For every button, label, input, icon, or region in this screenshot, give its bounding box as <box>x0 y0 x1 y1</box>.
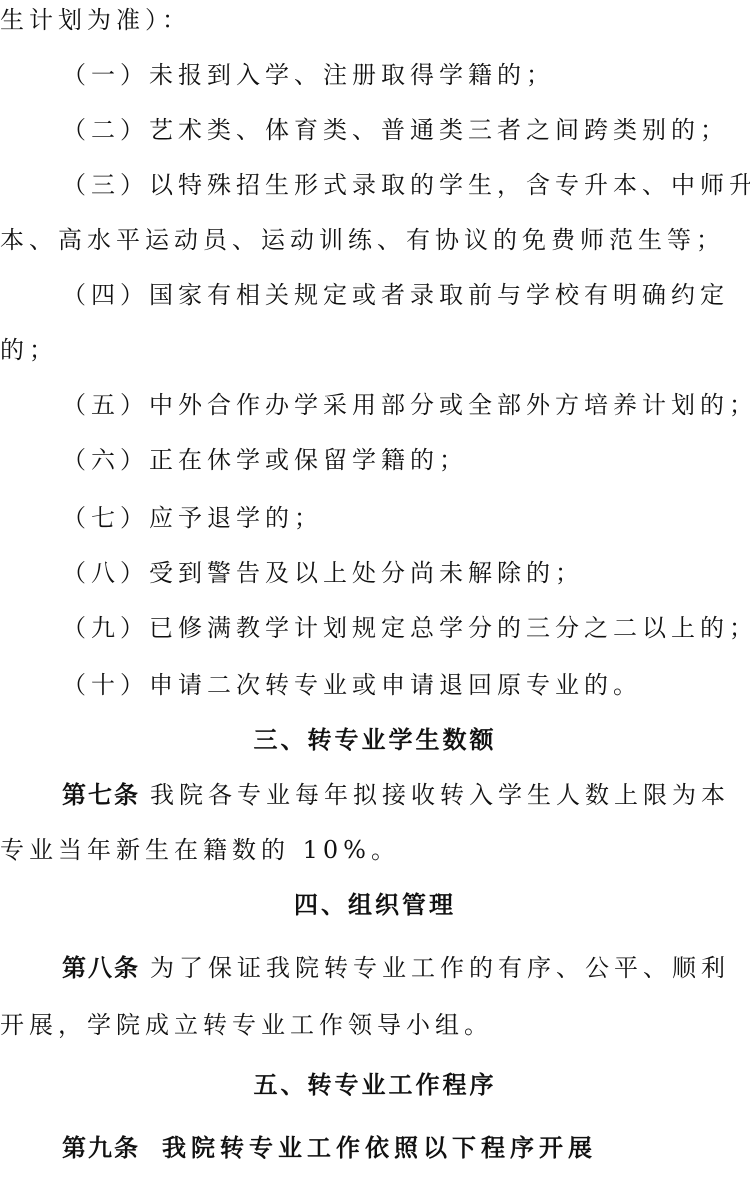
article-8-continued: 开展，学院成立转专业工作领导小组。 <box>0 1008 750 1042</box>
section-heading-5: 五、转专业工作程序 <box>0 1068 750 1102</box>
section-heading-4: 四、组织管理 <box>0 888 750 922</box>
list-item-3: （三）以特殊招生形式录取的学生，含专升本、中师升 <box>0 168 750 202</box>
article-text: 我院各专业每年拟接收转入学生人数上限为本 <box>150 781 730 809</box>
article-text: 为了保证我院转专业工作的有序、公平、顺利 <box>150 954 730 982</box>
article-label: 第八条 <box>62 953 140 982</box>
text-line: 生计划为准）： <box>0 3 750 37</box>
list-item-4-continued: 的； <box>0 333 750 367</box>
list-item-7: （七）应予退学的； <box>0 501 750 535</box>
list-item-1: （一）未报到入学、注册取得学籍的； <box>0 58 750 92</box>
section-heading-3: 三、转专业学生数额 <box>0 723 750 757</box>
list-item-8: （八）受到警告及以上处分尚未解除的； <box>0 556 750 590</box>
list-item-2: （二）艺术类、体育类、普通类三者之间跨类别的； <box>0 113 750 147</box>
list-item-3-continued: 本、高水平运动员、运动训练、有协议的免费师范生等； <box>0 223 750 257</box>
article-7-continued: 专业当年新生在籍数的 10%。 <box>0 833 750 867</box>
list-item-9: （九）已修满教学计划规定总学分的三分之二以上的； <box>0 611 750 645</box>
article-7: 第七条我院各专业每年拟接收转入学生人数上限为本 <box>0 778 750 812</box>
list-item-10: （十）申请二次转专业或申请退回原专业的。 <box>0 668 750 702</box>
article-text: 我院转专业工作依照以下程序开展 <box>162 1133 597 1162</box>
list-item-6: （六）正在休学或保留学籍的； <box>0 443 750 477</box>
article-9: 第九条我院转专业工作依照以下程序开展 <box>0 1131 750 1165</box>
list-item-5: （五）中外合作办学采用部分或全部外方培养计划的； <box>0 388 750 422</box>
list-item-4: （四）国家有相关规定或者录取前与学校有明确约定 <box>0 278 750 312</box>
article-label: 第七条 <box>62 780 140 809</box>
article-8: 第八条为了保证我院转专业工作的有序、公平、顺利 <box>0 951 750 985</box>
article-label: 第九条 <box>62 1133 140 1162</box>
